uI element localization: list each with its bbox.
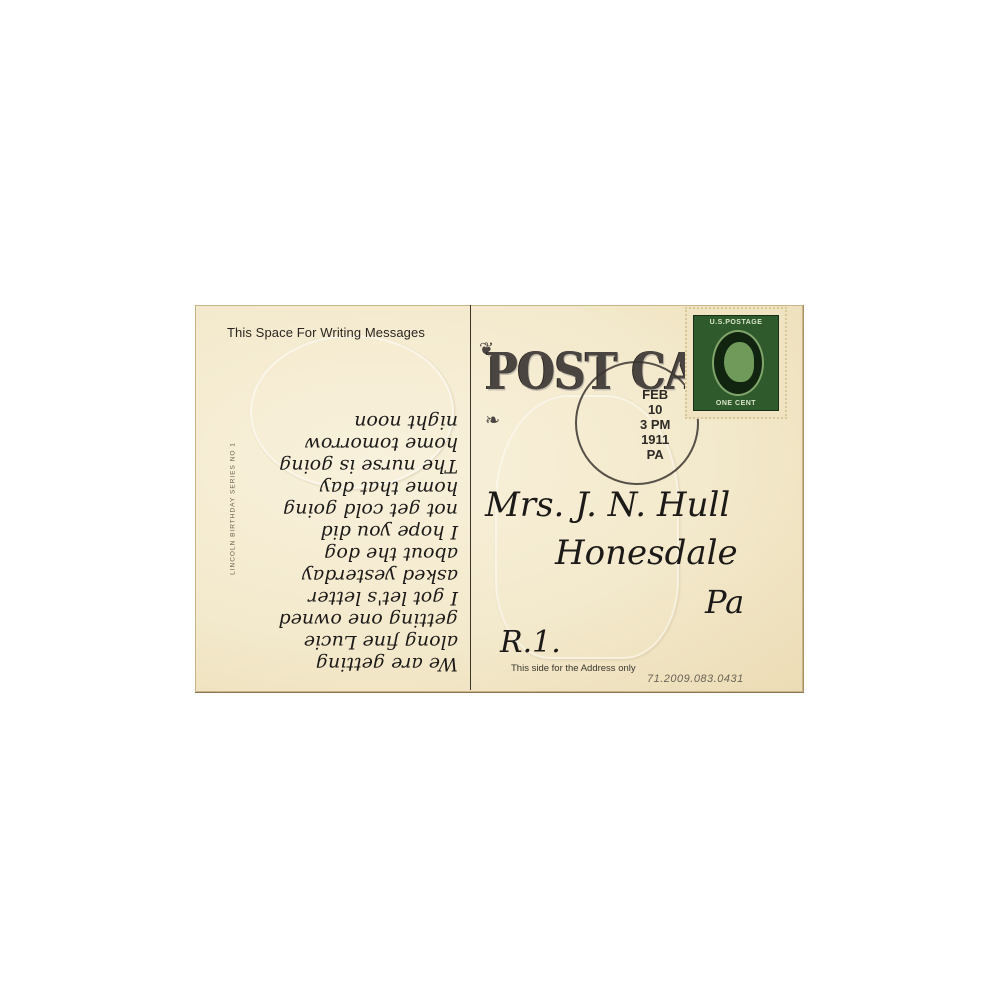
postmark-day: 10	[640, 402, 670, 417]
message-line: not get cold going	[213, 499, 458, 521]
postmark-time: 3 PM	[640, 417, 670, 432]
franklin-portrait-icon	[724, 342, 754, 382]
stamp-portrait-oval	[712, 330, 764, 396]
address-side-label: This side for the Address only	[511, 663, 636, 674]
postmark-text: FEB 10 3 PM 1911 PA	[640, 387, 670, 462]
address-route: R.1.	[500, 625, 561, 660]
message-line: along fine Lucie	[213, 631, 458, 653]
message-space-label: This Space For Writing Messages	[227, 325, 425, 340]
postmark-circle	[575, 361, 699, 485]
postmark-year: 1911	[640, 432, 670, 447]
address-state: Pa	[705, 583, 744, 621]
message-line: I hope you did	[213, 521, 458, 543]
postcard: This Space For Writing Messages LINCOLN …	[195, 305, 804, 693]
postage-stamp: U.S.POSTAGE ONE CENT	[685, 307, 787, 419]
message-line: asked yesterday	[213, 565, 458, 587]
stamp-face: U.S.POSTAGE ONE CENT	[693, 315, 779, 411]
message-line: home tomorrow	[213, 433, 458, 455]
handwritten-message: We are getting along fine Lucie getting …	[213, 420, 458, 675]
address-city: Honesdale	[555, 533, 738, 573]
message-line: about the dog	[213, 543, 458, 565]
catalog-number: 71.2009.083.0431	[647, 673, 744, 685]
center-divider	[470, 305, 471, 690]
message-line: getting one owned	[213, 609, 458, 631]
message-line: The nurse is going	[213, 455, 458, 477]
message-line: night noon	[213, 411, 458, 433]
stamp-top-text: U.S.POSTAGE	[694, 319, 778, 326]
flourish-ornament-icon: ❧	[485, 410, 500, 431]
message-line: I got let's letter	[213, 587, 458, 609]
message-line: home that day	[213, 477, 458, 499]
stamp-bottom-text: ONE CENT	[694, 400, 778, 407]
message-line: We are getting	[213, 653, 458, 675]
address-recipient: Mrs. J. N. Hull	[485, 485, 730, 525]
postmark-month: FEB	[640, 387, 670, 402]
postmark-state: PA	[640, 447, 670, 462]
